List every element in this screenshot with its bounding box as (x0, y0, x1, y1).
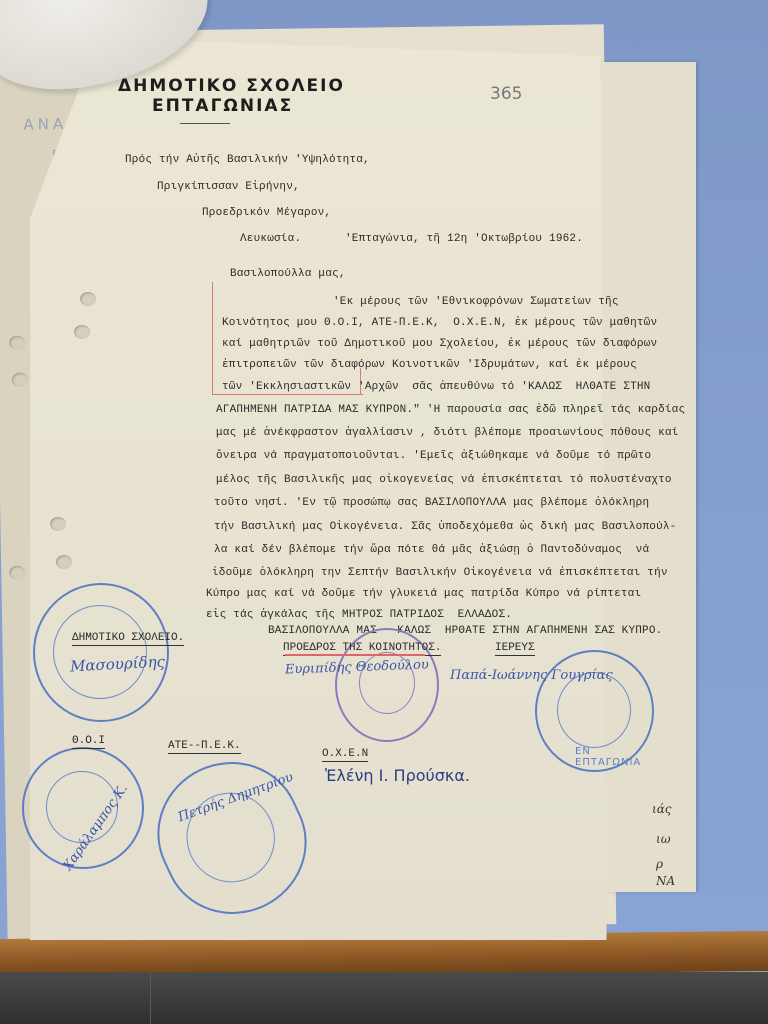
red-underline (285, 654, 425, 656)
punch-hole (9, 336, 25, 350)
signature-priest: Παπά-Ιωάννης Γουγρίας (450, 668, 613, 683)
signatory-label-thoi: Θ.Ο.Ι (72, 735, 105, 749)
punch-hole (74, 325, 90, 339)
punch-hole (12, 373, 28, 387)
body-line: τοῦτο νησί. 'Εν τῷ προσώπῳ σας ΒΑΣΙΛΟΠΟΥ… (214, 497, 649, 509)
letterhead-village: ΕΠΤΑΓΩΝΙΑΣ (152, 96, 293, 116)
scrawl-fragment: ιω (656, 832, 671, 846)
letterhead-underline (180, 123, 230, 124)
body-line: λα καί δέν βλέπομε τήν ὥρα πότε θά μᾶς ἀ… (214, 544, 649, 556)
scrawl-fragment: ρ (656, 857, 663, 871)
signatory-label-school: ΔΗΜΟΤΙΚΟ ΣΧΟΛΕΙΟ. (72, 632, 184, 646)
salutation: Βασιλοπούλλα μας, (230, 268, 346, 280)
punch-hole (50, 517, 66, 531)
body-line: μέλος τῆς Βασιλικῆς μας οἰκογενείας νά ἐ… (216, 474, 672, 486)
letterhead-school: ΔΗΜΟΤΙΚΟ ΣΧΟΛΕΙΟ (118, 76, 345, 96)
place-date: 'Επταγώνια, τῆ 12η 'Οκτωβρίου 1962. (345, 233, 583, 245)
closing-line: ΒΑΣΙΛΟΠΟΥΛΛΑ ΜΑΣ ΚΑΛΩΣ ΗΡΘΑΤΕ ΣΤΗΝ ΑΓΑΠΗ… (268, 625, 662, 637)
floor-tile-seam (150, 972, 151, 1024)
body-line: μας μέ ἀνέκφραστον ἀγαλλίασιν , διότι βλ… (216, 427, 678, 439)
body-line: ΑΓΑΠΗΜΕΝΗ ΠΑΤΡΙΔΑ ΜΑΣ ΚΥΠΡΟΝ." 'Η παρουσ… (216, 404, 685, 416)
recipient-line: Προεδρικόν Μέγαρον, (202, 207, 331, 219)
signatory-label-ate-pek: ΑΤΕ--Π.Ε.Κ. (168, 740, 241, 754)
body-line: εἰς τάς ἀγκάλας τῆς ΜΗΤΡΟΣ ΠΑΤΡΙΔΟΣ ΕΛΛΑ… (206, 609, 512, 621)
recipient-line: Λευκωσία. (240, 233, 301, 245)
body-line: καί μαθητριῶν τοῦ Δημοτικοῦ μου Σχολείου… (222, 338, 657, 350)
body-line: Κοινότητος μου Θ.Ο.Ι, ΑΤΕ-Π.Ε.Κ, Ο.Χ.Ε.Ν… (222, 317, 657, 329)
body-line: 'Εκ μέρους τῶν 'Εθνικοφρόνων Σωματείων τ… (333, 296, 619, 308)
signature-oxen: Ἑλένη Ι. Προύσκα. (325, 766, 470, 785)
scrawl-fragment: ΝΑ (656, 874, 675, 888)
body-line: τήν Βασιλική μας Οἰκογένεια. Σᾶς ὑποδεχό… (214, 521, 676, 533)
body-line: ἰδοῦμε ὁλόκληρη την Σεπτήν Βασιλικήν Οἰκ… (212, 567, 668, 579)
recipient-line: Πριγκίπισσαν Εἰρήνην, (157, 181, 300, 193)
floor (0, 972, 768, 1024)
body-line: Κύπρο μας καί νά δοῦμε τήν γλυκειά μας π… (206, 588, 641, 600)
church-stamp-text: ΕΝ ΕΠΤΑΓΩΝΙΑ (575, 746, 652, 768)
archive-number: 365 (490, 84, 522, 104)
faint-heading: ΑΝΑ (23, 115, 67, 134)
body-line: ἐπιτροπειῶν τῶν διαφόρων Κοινοτικῶν 'Ιδρ… (222, 359, 637, 371)
signatory-label-priest: ΙΕΡΕΥΣ (495, 642, 535, 656)
signatory-label-oxen: Ο.Χ.Ε.Ν (322, 748, 368, 762)
red-pencil-mark (212, 394, 362, 395)
punch-hole (56, 555, 72, 569)
punch-hole (9, 566, 25, 580)
punch-hole (80, 292, 96, 306)
body-line: ὄνειρα νά πραγματοποιοῦνται. 'Εμεῖς ἀξιώ… (216, 450, 651, 462)
recipient-line: Πρός τήν Αὐτῆς Βασιλικήν 'Υψηλότητα, (125, 154, 370, 166)
scrawl-fragment: ιάς (652, 802, 672, 816)
body-line: τῶν 'Εκκλησιαστικῶν 'Αρχῶν σᾶς ἀπευθύνω … (222, 381, 650, 393)
